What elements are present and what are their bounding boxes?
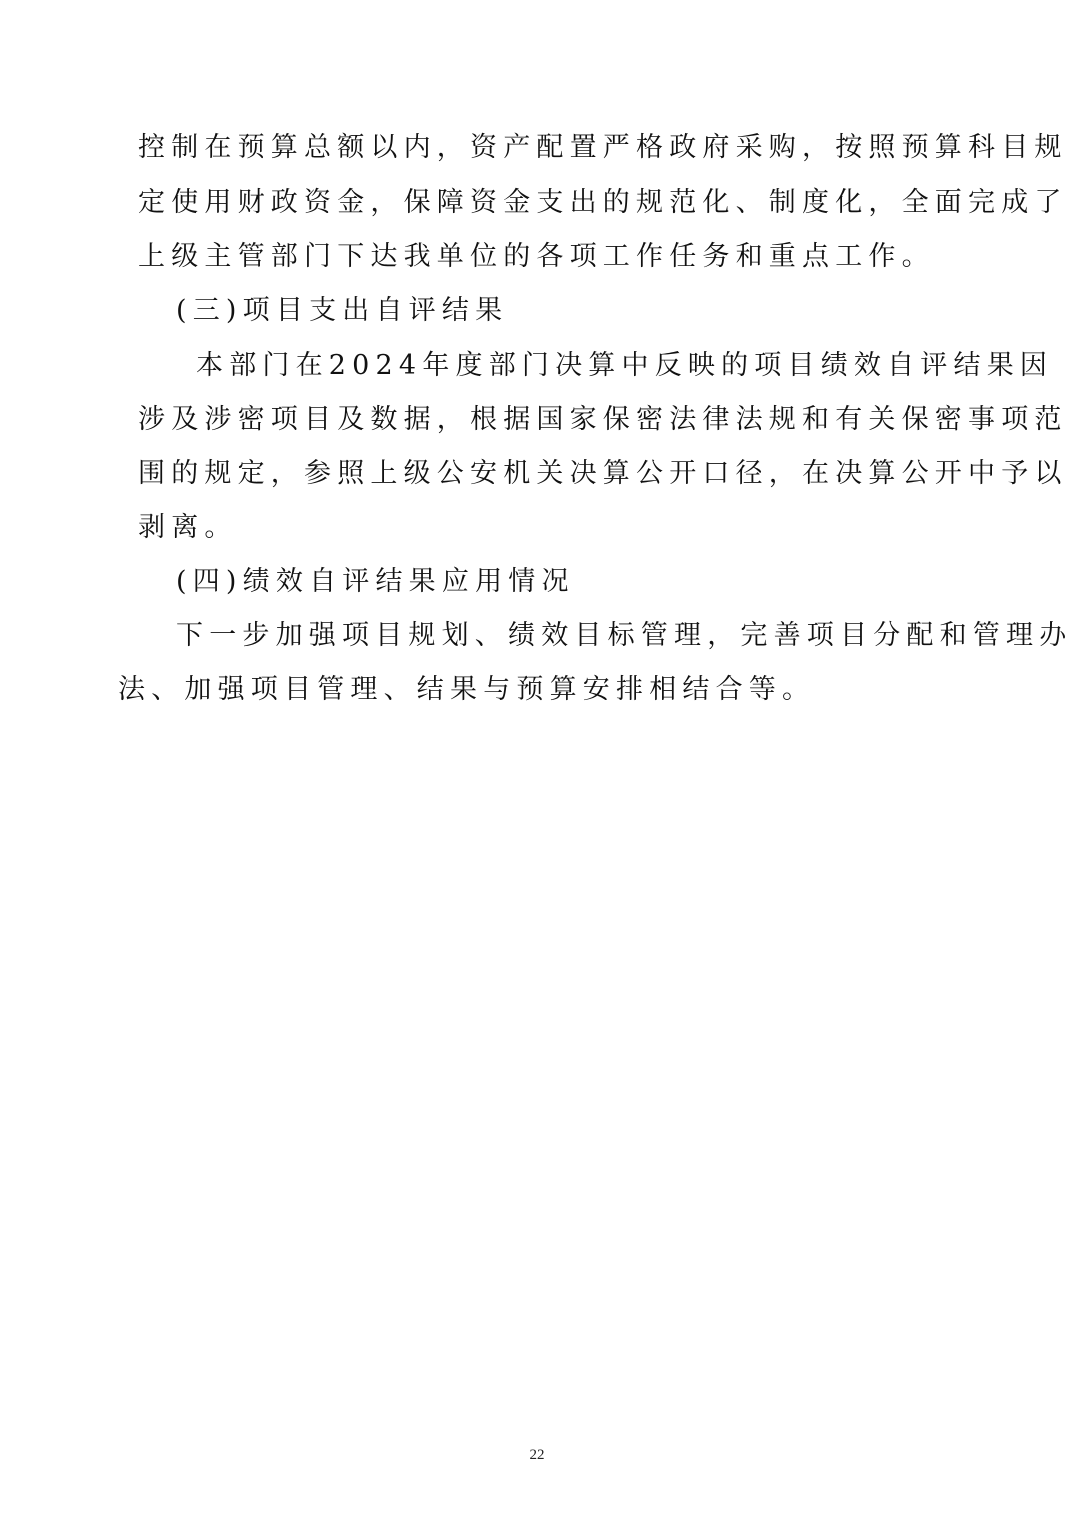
page-number: 22	[0, 1447, 1074, 1464]
body-line: 本部门在2024年度部门决算中反映的项目绩效自评结果因	[196, 348, 1053, 384]
body-line: 控制在预算总额以内，资产配置严格政府采购，按照预算科目规	[138, 130, 1068, 166]
body-line: 法、加强项目管理、结果与预算安排相结合等。	[118, 672, 815, 708]
body-line: 围的规定，参照上级公安机关决算公开口径，在决算公开中予以	[138, 456, 1068, 492]
body-line: 下一步加强项目规划、绩效目标管理，完善项目分配和管理办	[176, 618, 1072, 654]
section-heading-4: (四)绩效自评结果应用情况	[176, 564, 575, 600]
body-line: 上级主管部门下达我单位的各项工作任务和重点工作。	[138, 239, 935, 275]
section-heading-3: (三)项目支出自评结果	[176, 293, 508, 329]
body-line: 涉及涉密项目及数据，根据国家保密法律法规和有关保密事项范	[138, 402, 1068, 438]
body-line: 定使用财政资金，保障资金支出的规范化、制度化，全面完成了	[138, 185, 1068, 221]
body-line: 剥离。	[138, 510, 238, 546]
